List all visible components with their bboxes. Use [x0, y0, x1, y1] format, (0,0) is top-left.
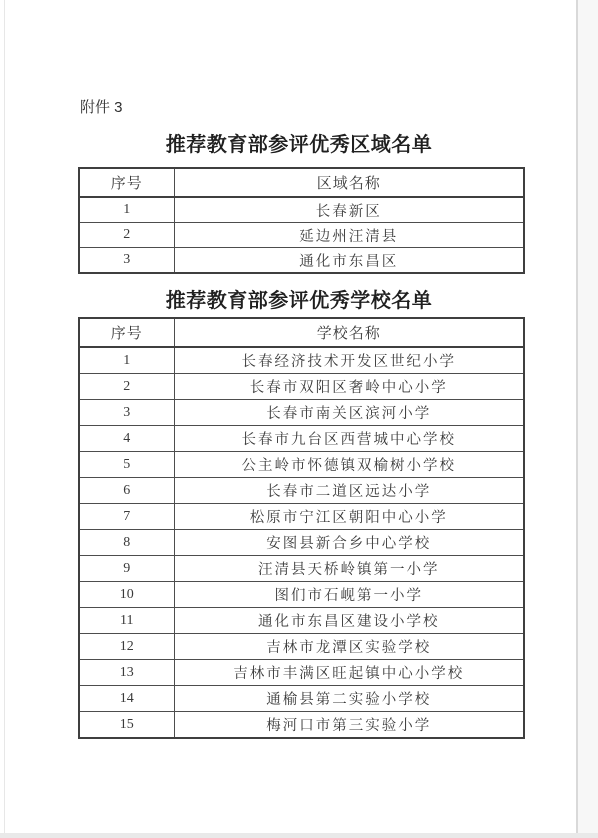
table-row: 14通榆县第二实验小学校: [79, 686, 524, 712]
row-number-cell: 14: [79, 686, 174, 712]
row-number-cell: 10: [79, 582, 174, 608]
row-name-cell: 通化市东昌区: [174, 248, 524, 274]
row-name-cell: 通化市东昌区建设小学校: [174, 608, 524, 634]
table-row: 8安图县新合乡中心学校: [79, 530, 524, 556]
row-name-cell: 松原市宁江区朝阳中心小学: [174, 504, 524, 530]
row-number-cell: 9: [79, 556, 174, 582]
region-table-header-row: 序号 区域名称: [79, 168, 524, 197]
row-number-cell: 5: [79, 452, 174, 478]
table-row: 9汪清县天桥岭镇第一小学: [79, 556, 524, 582]
row-name-cell: 公主岭市怀德镇双榆树小学校: [174, 452, 524, 478]
column-header-region-name: 区域名称: [174, 168, 524, 197]
table-row: 7松原市宁江区朝阳中心小学: [79, 504, 524, 530]
row-name-cell: 长春新区: [174, 197, 524, 223]
table-row: 3通化市东昌区: [79, 248, 524, 274]
row-number-cell: 15: [79, 712, 174, 739]
table-row: 1长春经济技术开发区世纪小学: [79, 347, 524, 374]
table-row: 6长春市二道区远达小学: [79, 478, 524, 504]
table-row: 15梅河口市第三实验小学: [79, 712, 524, 739]
column-header-number: 序号: [79, 168, 174, 197]
row-number-cell: 2: [79, 374, 174, 400]
row-number-cell: 3: [79, 248, 174, 274]
row-name-cell: 通榆县第二实验小学校: [174, 686, 524, 712]
table-row: 5公主岭市怀德镇双榆树小学校: [79, 452, 524, 478]
table-row: 2长春市双阳区奢岭中心小学: [79, 374, 524, 400]
table-row: 1长春新区: [79, 197, 524, 223]
table-row: 11通化市东昌区建设小学校: [79, 608, 524, 634]
row-name-cell: 汪清县天桥岭镇第一小学: [174, 556, 524, 582]
row-name-cell: 长春市九台区西营城中心学校: [174, 426, 524, 452]
row-number-cell: 4: [79, 426, 174, 452]
school-table-header-row: 序号 学校名称: [79, 318, 524, 347]
row-name-cell: 安图县新合乡中心学校: [174, 530, 524, 556]
row-name-cell: 梅河口市第三实验小学: [174, 712, 524, 739]
row-number-cell: 6: [79, 478, 174, 504]
row-name-cell: 长春市双阳区奢岭中心小学: [174, 374, 524, 400]
table-row: 4长春市九台区西营城中心学校: [79, 426, 524, 452]
document-page: 附件 3 推荐教育部参评优秀区域名单 序号 区域名称 1长春新区2延边州汪清县3…: [0, 0, 598, 838]
attachment-label: 附件 3: [80, 99, 598, 117]
row-number-cell: 11: [79, 608, 174, 634]
row-name-cell: 延边州汪清县: [174, 223, 524, 248]
row-number-cell: 12: [79, 634, 174, 660]
row-number-cell: 2: [79, 223, 174, 248]
row-number-cell: 8: [79, 530, 174, 556]
row-number-cell: 13: [79, 660, 174, 686]
table-row: 3长春市南关区滨河小学: [79, 400, 524, 426]
table-row: 13吉林市丰满区旺起镇中心小学校: [79, 660, 524, 686]
row-number-cell: 3: [79, 400, 174, 426]
document-content: 附件 3 推荐教育部参评优秀区域名单 序号 区域名称 1长春新区2延边州汪清县3…: [0, 0, 598, 739]
region-table: 序号 区域名称 1长春新区2延边州汪清县3通化市东昌区: [78, 167, 525, 274]
row-name-cell: 吉林市龙潭区实验学校: [174, 634, 524, 660]
table-row: 12吉林市龙潭区实验学校: [79, 634, 524, 660]
page-bottom-edge: [0, 833, 598, 838]
school-table: 序号 学校名称 1长春经济技术开发区世纪小学2长春市双阳区奢岭中心小学3长春市南…: [78, 317, 525, 739]
row-name-cell: 长春经济技术开发区世纪小学: [174, 347, 524, 374]
school-table-title: 推荐教育部参评优秀学校名单: [0, 290, 598, 313]
row-number-cell: 7: [79, 504, 174, 530]
row-name-cell: 长春市二道区远达小学: [174, 478, 524, 504]
table-row: 2延边州汪清县: [79, 223, 524, 248]
region-table-title: 推荐教育部参评优秀区域名单: [0, 134, 598, 157]
column-header-number: 序号: [79, 318, 174, 347]
table-row: 10图们市石岘第一小学: [79, 582, 524, 608]
column-header-school-name: 学校名称: [174, 318, 524, 347]
row-name-cell: 图们市石岘第一小学: [174, 582, 524, 608]
row-name-cell: 吉林市丰满区旺起镇中心小学校: [174, 660, 524, 686]
row-name-cell: 长春市南关区滨河小学: [174, 400, 524, 426]
row-number-cell: 1: [79, 347, 174, 374]
row-number-cell: 1: [79, 197, 174, 223]
